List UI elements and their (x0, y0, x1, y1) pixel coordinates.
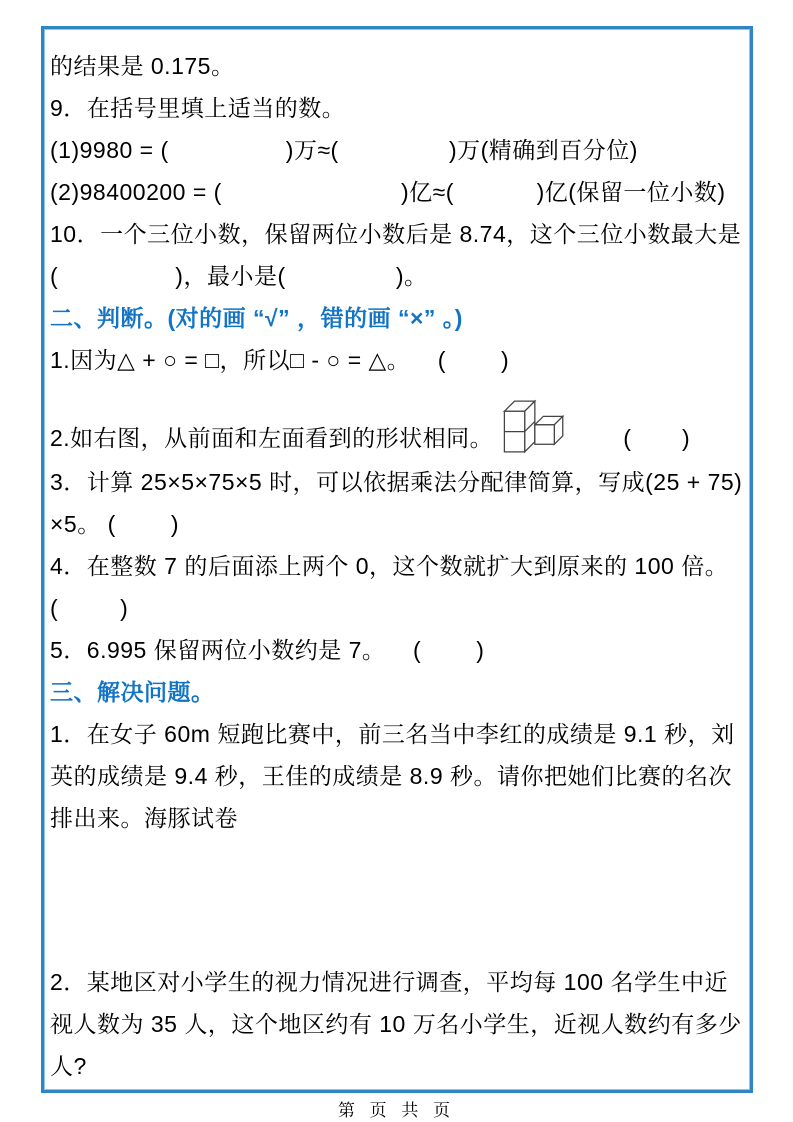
solve-item-1-line-2: 英的成绩是 9.4 秒，王佳的成绩是 8.9 秒。请你把她们比赛的名次 (50, 755, 744, 797)
judge-item-2-blank: ( ) (623, 423, 689, 461)
q9-prompt: 9．在括号里填上适当的数。 (50, 87, 744, 129)
judge-item-1: 1.因为△ + ○ = □，所以□ - ○ = △。 ( ) (50, 339, 744, 381)
q10-line-1: 10．一个三位小数，保留两位小数后是 8.74，这个三位小数最大是 (50, 213, 744, 255)
section-2-header: 二、判断。(对的画 “√” ，错的画 “×” 。) (50, 297, 744, 339)
q9-blank-line-1: (1)9980 = ( )万≈( )万(精确到百分位) (50, 129, 744, 171)
solve-item-1-line-1: 1．在女子 60m 短跑比赛中，前三名当中李红的成绩是 9.1 秒，刘 (50, 713, 744, 755)
page-footer: 第 页 共 页 (0, 1096, 793, 1121)
q9-blank-line-2: (2)98400200 = ( )亿≈( )亿(保留一位小数) (50, 171, 744, 213)
worksheet-frame: 的结果是 0.175。 9．在括号里填上适当的数。 (1)9980 = ( )万… (41, 26, 753, 1093)
judge-item-3-line-1: 3．计算 25×5×75×5 时，可以依据乘法分配律简算，写成(25 + 75) (50, 461, 744, 503)
q10-line-2: ( )，最小是( )。 (50, 255, 744, 297)
judge-item-2-text: 2.如右图，从前面和左面看到的形状相同。 (50, 423, 493, 461)
section-3-header: 三、解决问题。 (50, 671, 744, 713)
judge-item-2: 2.如右图，从前面和左面看到的形状相同。 ( ) (50, 381, 744, 461)
solve-item-2-line-1: 2．某地区对小学生的视力情况进行调查，平均每 100 名学生中近 (50, 961, 744, 1003)
worksheet-page: 的结果是 0.175。 9．在括号里填上适当的数。 (1)9980 = ( )万… (0, 0, 793, 1122)
judge-item-4-line-2: ( ) (50, 587, 744, 629)
answer-work-space (50, 839, 744, 961)
cube-blocks-figure (501, 396, 567, 457)
solve-item-2-line-2: 视人数为 35 人，这个地区约有 10 万名小学生，近视人数约有多少 (50, 1003, 744, 1045)
q8-continuation-line: 的结果是 0.175。 (50, 45, 744, 87)
solve-item-2-line-3: 人? (50, 1045, 744, 1087)
solve-item-1-line-3: 排出来。海豚试卷 (50, 797, 744, 839)
judge-item-4-line-1: 4．在整数 7 的后面添上两个 0，这个数就扩大到原来的 100 倍。 (50, 545, 744, 587)
judge-item-5: 5．6.995 保留两位小数约是 7。 ( ) (50, 629, 744, 671)
judge-item-3-line-2: ×5。 ( ) (50, 503, 744, 545)
